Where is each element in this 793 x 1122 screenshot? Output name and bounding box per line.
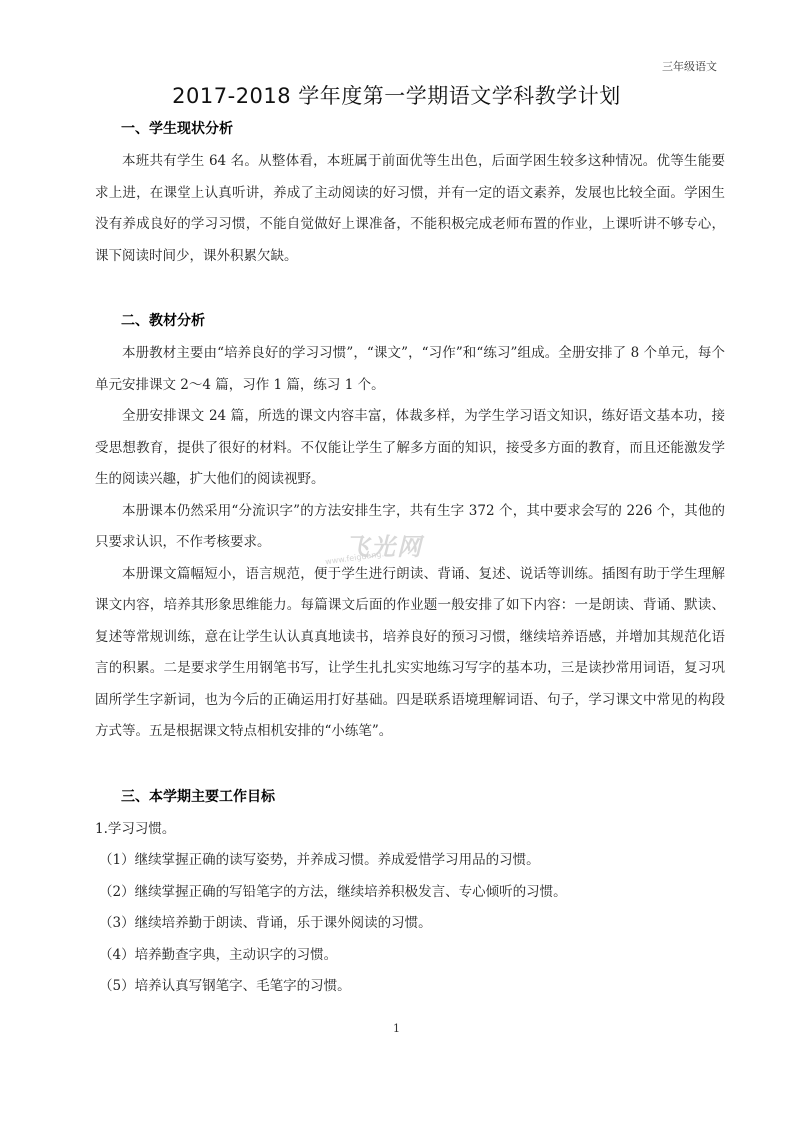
page-number: 1 xyxy=(0,1022,793,1035)
goal-list-item: （1）继续掌握正确的读写姿势，并养成习惯。养成爱惜学习用品的习惯。 xyxy=(95,845,725,877)
paragraph: 本册课文篇幅短小，语言规范，便于学生进行朗读、背诵、复述、说话等训练。插图有助于… xyxy=(95,559,725,748)
section-heading-textbook-analysis: 二、教材分析 xyxy=(95,310,725,332)
document-page: 三年级语文 2017-2018 学年度第一学期语文学科教学计划 一、学生现状分析… xyxy=(0,0,793,1122)
goal-list-heading: 1.学习习惯。 xyxy=(95,814,725,846)
goal-list-item: （4）培养勤查字典，主动识字的习惯。 xyxy=(95,940,725,972)
goal-list-item: （2）继续掌握正确的写铅笔字的方法，继续培养积极发言、专心倾听的习惯。 xyxy=(95,877,725,909)
section-heading-student-analysis: 一、学生现状分析 xyxy=(95,118,725,140)
paragraph: 本班共有学生 64 名。从整体看，本班属于前面优等生出色，后面学困生较多这种情况… xyxy=(95,146,725,272)
goal-list-item: （5）培养认真写钢笔字、毛笔字的习惯。 xyxy=(95,971,725,1003)
paragraph: 全册安排课文 24 篇，所选的课文内容丰富，体裁多样，为学生学习语文知识，练好语… xyxy=(95,401,725,496)
document-title: 2017-2018 学年度第一学期语文学科教学计划 xyxy=(0,80,793,110)
document-body: 一、学生现状分析 本班共有学生 64 名。从整体看，本班属于前面优等生出色，后面… xyxy=(95,118,725,1003)
paragraph: 本册教材主要由“培养良好的学习习惯”，“课文”，“习作”和“练习”组成。全册安排… xyxy=(95,338,725,401)
header-note: 三年级语文 xyxy=(662,58,717,74)
goal-list-item: （3）继续培养勤于朗读、背诵，乐于课外阅读的习惯。 xyxy=(95,908,725,940)
paragraph: 本册课本仍然采用“分流识字”的方法安排生字，共有生字 372 个，其中要求会写的… xyxy=(95,496,725,559)
section-heading-work-goals: 三、本学期主要工作目标 xyxy=(95,786,725,808)
